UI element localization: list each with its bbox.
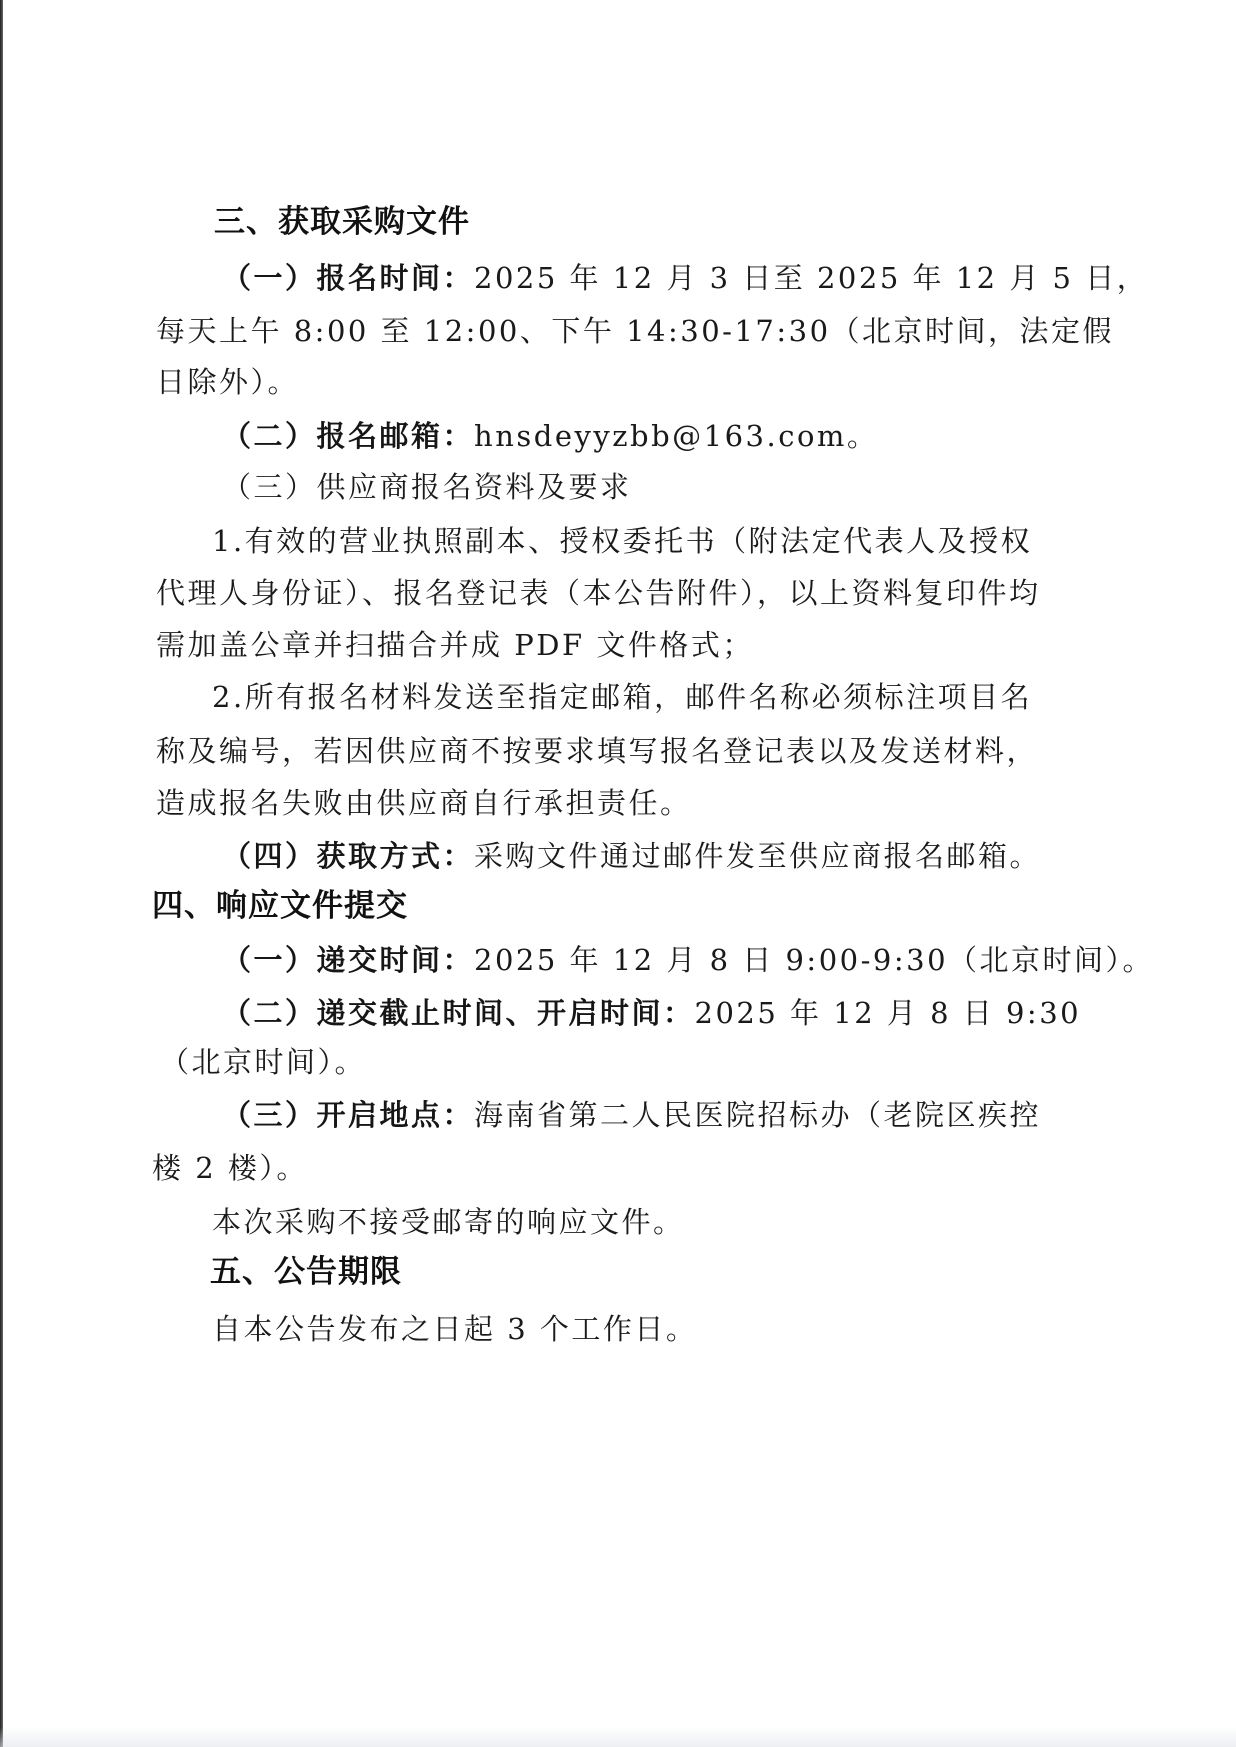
section-3-item-1-line-2: 每天上午 8:00 至 12:00、下午 14:30-17:30（北京时间，法定… bbox=[156, 311, 1114, 351]
section-4-item-3-line-2: 楼 2 楼）。 bbox=[152, 1148, 308, 1188]
deadline-opening-time-value: 2025 年 12 月 8 日 9:30 bbox=[695, 996, 1082, 1030]
requirement-1-line-1: 1.有效的营业执照副本、授权委托书（附法定代表人及授权 bbox=[212, 521, 1032, 561]
deadline-opening-time-label: （二）递交截止时间、开启时间： bbox=[222, 996, 695, 1030]
registration-time-label: （一）报名时间： bbox=[222, 261, 474, 295]
section-3-item-1-line-1: （一）报名时间：2025 年 12 月 3 日至 2025 年 12 月 5 日… bbox=[222, 258, 1148, 298]
section-3-item-3: （三）供应商报名资料及要求 bbox=[222, 467, 632, 507]
acquisition-method-label: （四）获取方式： bbox=[222, 839, 474, 873]
requirement-1-line-2: 代理人身份证）、报名登记表（本公告附件），以上资料复印件均 bbox=[156, 573, 1041, 613]
submission-time-label: （一）递交时间： bbox=[222, 943, 474, 977]
registration-email-value: hnsdeyyzbb@163.com。 bbox=[474, 419, 878, 453]
section-4-item-3-line-1: （三）开启地点：海南省第二人民医院招标办（老院区疾控 bbox=[222, 1095, 1041, 1135]
no-mail-submission-note: 本次采购不接受邮寄的响应文件。 bbox=[212, 1202, 685, 1242]
section-3-item-4: （四）获取方式：采购文件通过邮件发至供应商报名邮箱。 bbox=[222, 836, 1041, 876]
section-3-heading: 三、获取采购文件 bbox=[214, 202, 470, 242]
section-4-item-2-line-1: （二）递交截止时间、开启时间：2025 年 12 月 8 日 9:30 bbox=[222, 993, 1081, 1033]
submission-time-value: 2025 年 12 月 8 日 9:00-9:30（北京时间）。 bbox=[474, 943, 1154, 977]
announcement-period-text: 自本公告发布之日起 3 个工作日。 bbox=[212, 1309, 697, 1349]
section-4-heading: 四、响应文件提交 bbox=[152, 886, 408, 926]
supplier-requirements-label: （三）供应商报名资料及要求 bbox=[222, 470, 632, 504]
requirement-2-line-3: 造成报名失败由供应商自行承担责任。 bbox=[156, 783, 692, 823]
requirement-2-line-2: 称及编号，若因供应商不按要求填写报名登记表以及发送材料， bbox=[156, 731, 1038, 771]
acquisition-method-value: 采购文件通过邮件发至供应商报名邮箱。 bbox=[474, 839, 1041, 873]
section-5-heading: 五、公告期限 bbox=[210, 1252, 402, 1292]
section-3-item-2: （二）报名邮箱：hnsdeyyzbb@163.com。 bbox=[222, 416, 878, 456]
registration-email-label: （二）报名邮箱： bbox=[222, 419, 474, 453]
section-4-item-1: （一）递交时间：2025 年 12 月 8 日 9:00-9:30（北京时间）。 bbox=[222, 940, 1154, 980]
section-4-item-2-line-2: （北京时间）。 bbox=[160, 1042, 366, 1082]
section-3-item-1-line-3: 日除外）。 bbox=[156, 362, 299, 402]
opening-location-label: （三）开启地点： bbox=[222, 1098, 474, 1132]
scan-bottom-edge bbox=[0, 1727, 1236, 1747]
scan-left-edge bbox=[0, 0, 3, 1747]
requirement-1-line-3: 需加盖公章并扫描合并成 PDF 文件格式； bbox=[156, 625, 754, 665]
requirement-2-line-1: 2.所有报名材料发送至指定邮箱，邮件名称必须标注项目名 bbox=[212, 677, 1032, 717]
registration-time-value: 2025 年 12 月 3 日至 2025 年 12 月 5 日， bbox=[474, 261, 1148, 295]
opening-location-value: 海南省第二人民医院招标办（老院区疾控 bbox=[474, 1098, 1041, 1132]
